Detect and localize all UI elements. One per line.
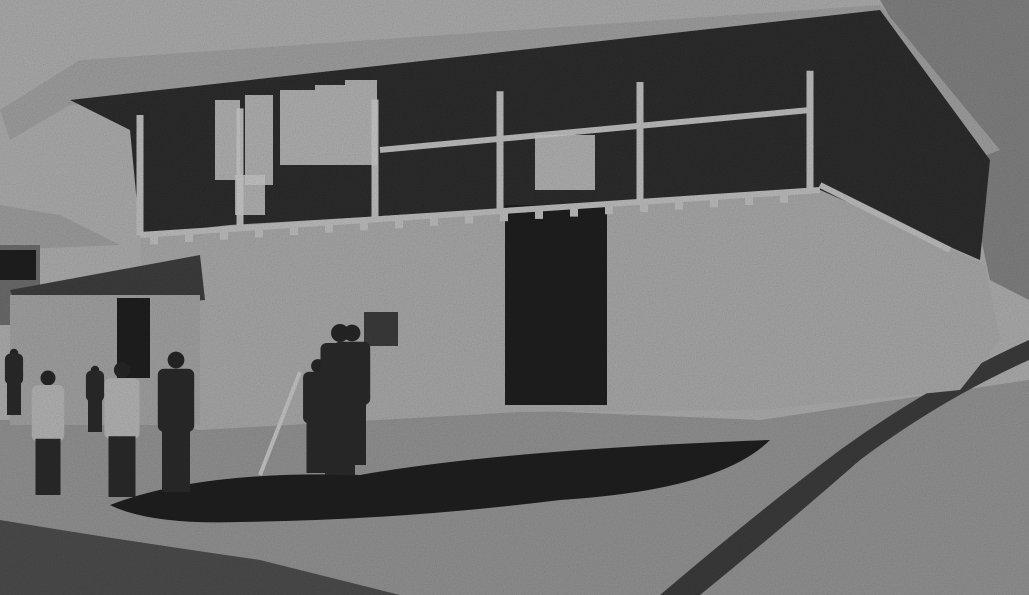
house-photo [0,0,1029,595]
photograph [0,0,1029,595]
small-window [364,312,398,346]
doorway [505,205,607,405]
outbuilding-opening [0,250,36,280]
